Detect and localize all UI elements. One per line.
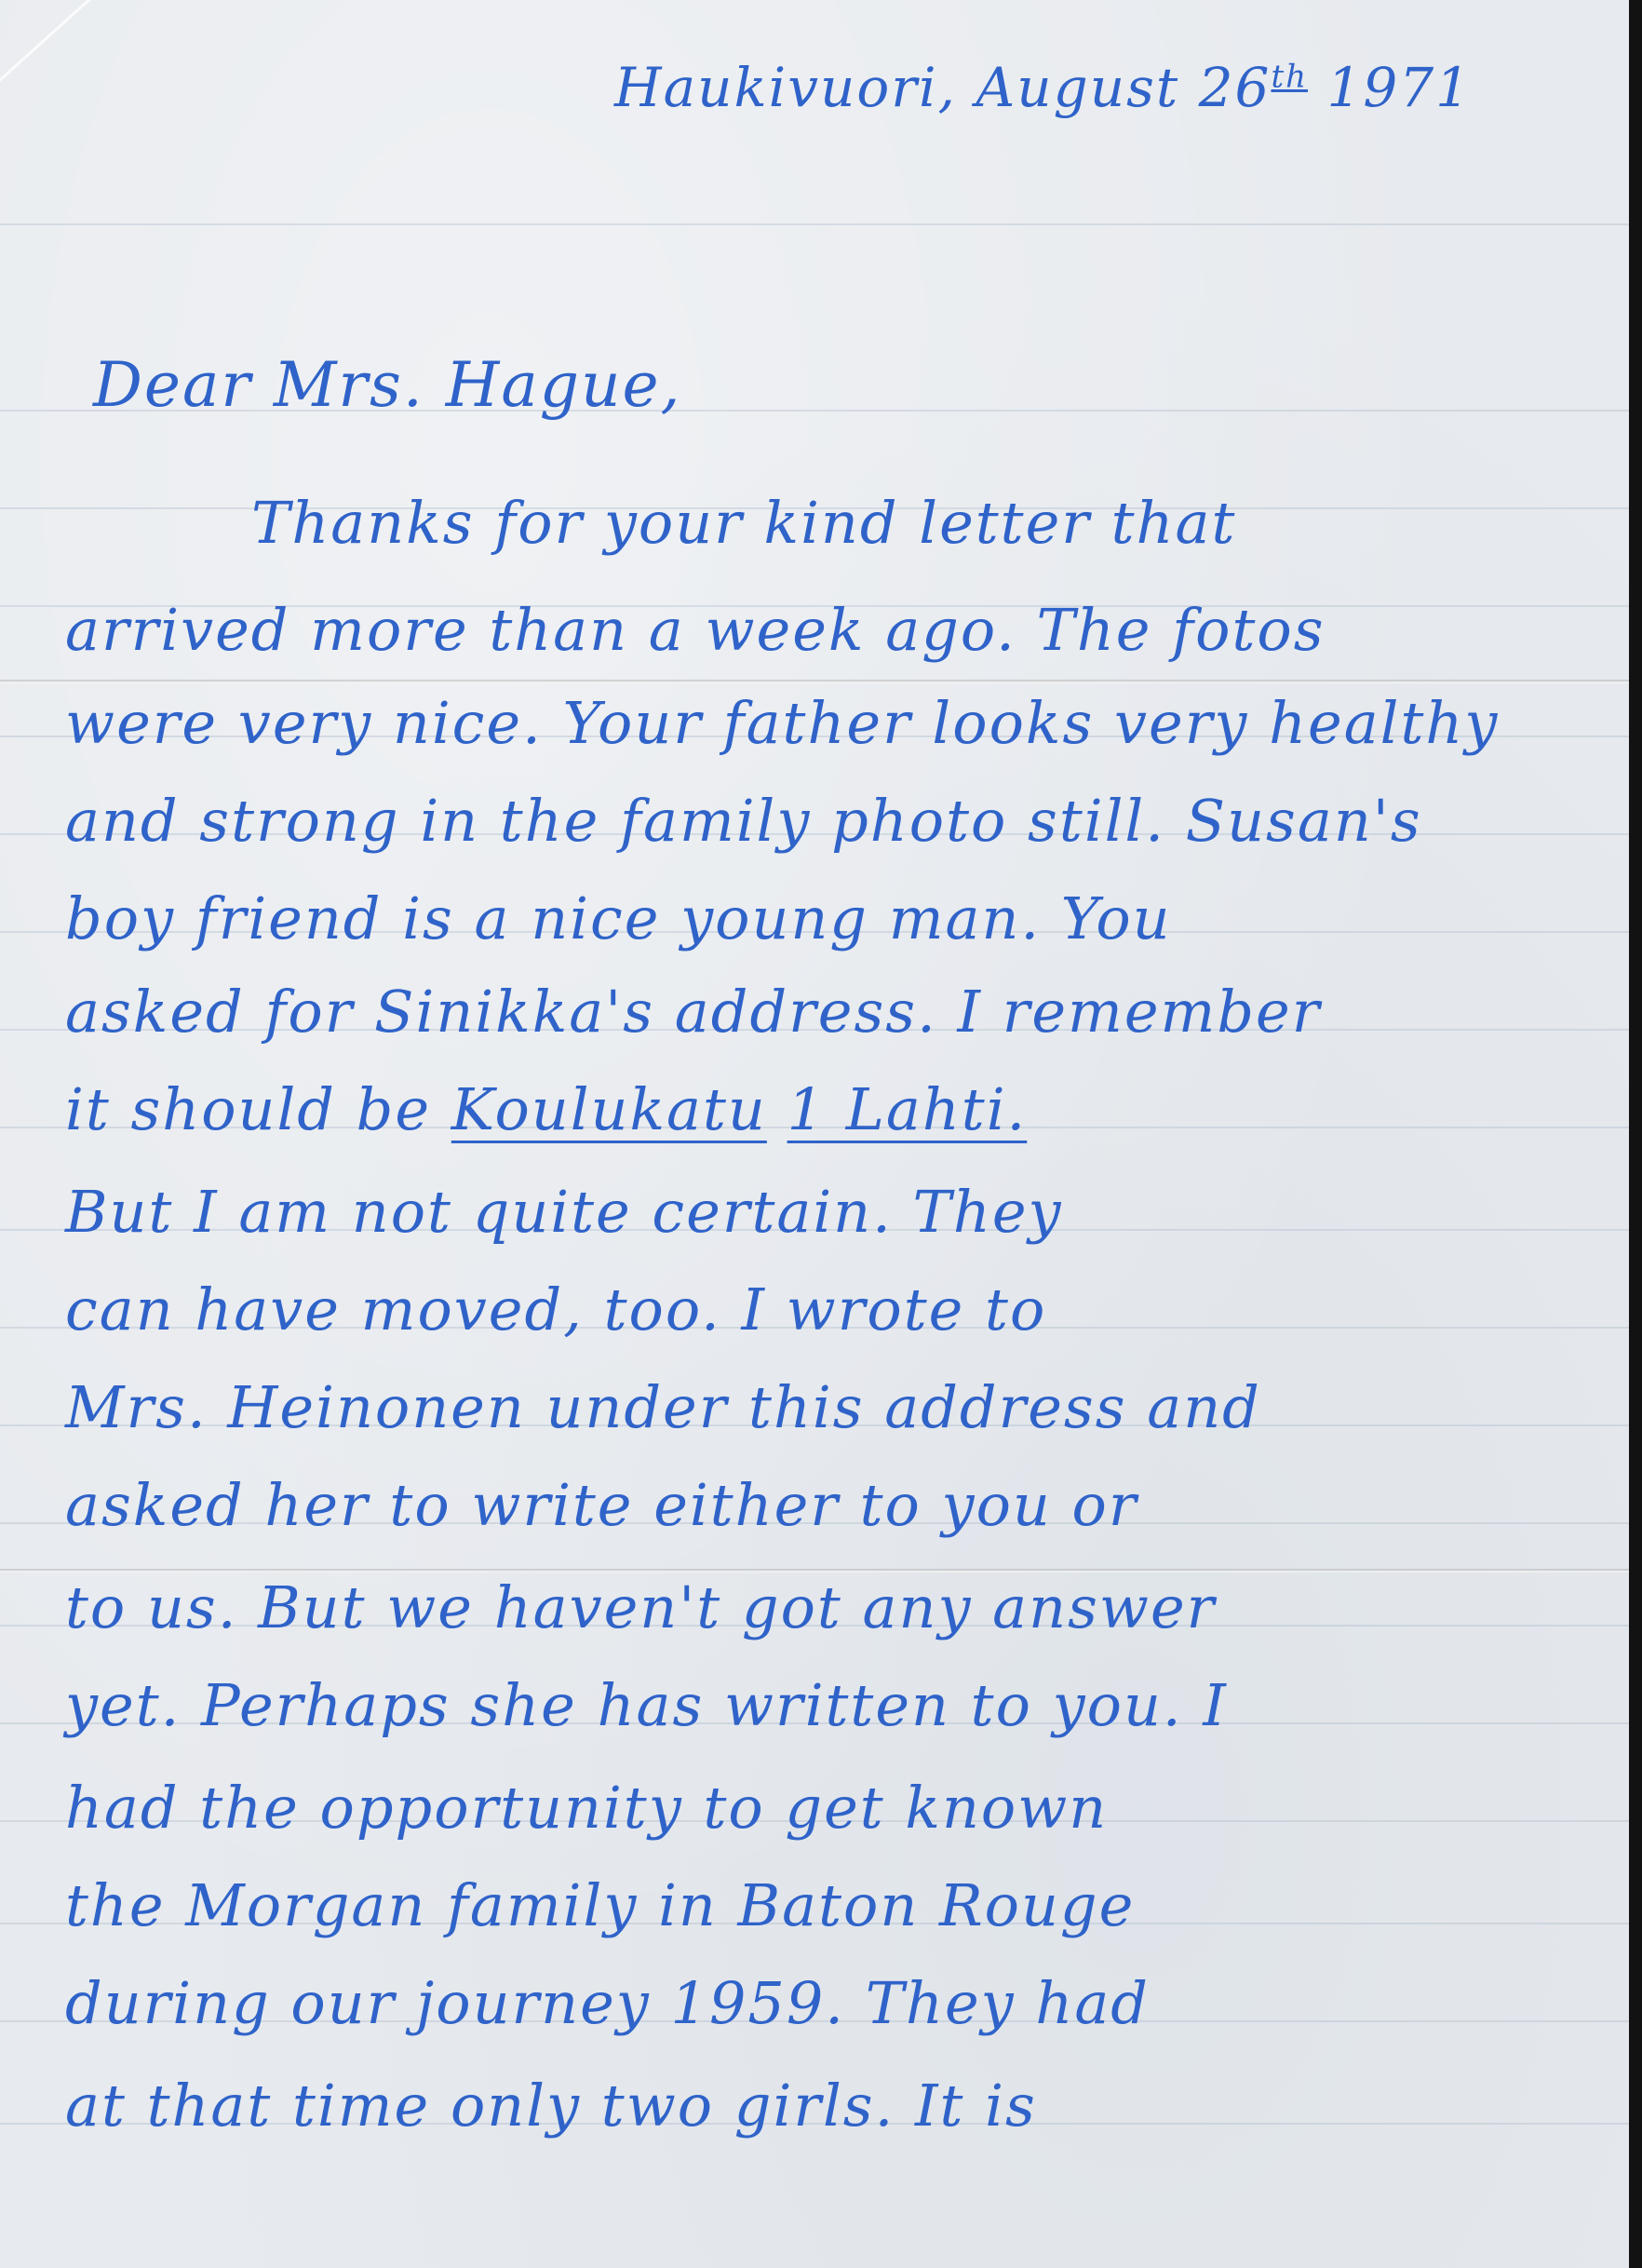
- letter-line: at that time only two girls. It is: [65, 2072, 1037, 2140]
- letter-line-address: it should be Koulukatu 1 Lahti.: [65, 1075, 1027, 1143]
- letter-line: the Morgan family in Baton Rouge: [65, 1871, 1135, 1939]
- letter-line: Thanks for your kind letter that: [251, 489, 1236, 557]
- letter-date-month: August: [976, 56, 1179, 119]
- ruled-line: [0, 223, 1629, 225]
- letter-line: during our journey 1959. They had: [65, 1969, 1150, 2037]
- letter-date-year: 1971: [1326, 56, 1472, 119]
- address-street: Koulukatu: [451, 1075, 767, 1143]
- letter-line: to us. But we haven't got any answer: [65, 1573, 1216, 1641]
- scan-edge: [1629, 0, 1642, 2268]
- letter-salutation: Dear Mrs. Hague,: [93, 349, 682, 421]
- letter-line: yet. Perhaps she has written to you. I: [65, 1671, 1228, 1739]
- letter-line: Mrs. Heinonen under this address and: [65, 1373, 1261, 1441]
- letter-place: Haukivuori,: [614, 56, 957, 119]
- letter-date-day: 26: [1199, 56, 1272, 119]
- paper-crease: [0, 0, 200, 114]
- letter-page: Haukivuori, August 26th 1971 Dear Mrs. H…: [0, 0, 1629, 2268]
- address-city: 1 Lahti.: [787, 1075, 1028, 1143]
- letter-line: asked for Sinikka's address. I remember: [65, 978, 1321, 1046]
- fold-line: [0, 680, 1629, 683]
- letter-line: had the opportunity to get known: [65, 1774, 1108, 1842]
- letter-line: asked her to write either to you or: [65, 1471, 1138, 1539]
- fold-line: [0, 1569, 1629, 1573]
- letter-date-day-suffix: th: [1271, 59, 1308, 96]
- letter-line: boy friend is a nice young man. You: [65, 884, 1172, 952]
- letter-line: But I am not quite certain. They: [65, 1178, 1063, 1246]
- letter-dateline: Haukivuori, August 26th 1971: [614, 56, 1472, 119]
- letter-line: were very nice. Your father looks very h…: [65, 689, 1499, 757]
- letter-line: and strong in the family photo still. Su…: [65, 787, 1422, 855]
- letter-line: it should be: [65, 1075, 431, 1143]
- letter-line: can have moved, too. I wrote to: [65, 1276, 1046, 1343]
- letter-line: arrived more than a week ago. The fotos: [65, 596, 1326, 664]
